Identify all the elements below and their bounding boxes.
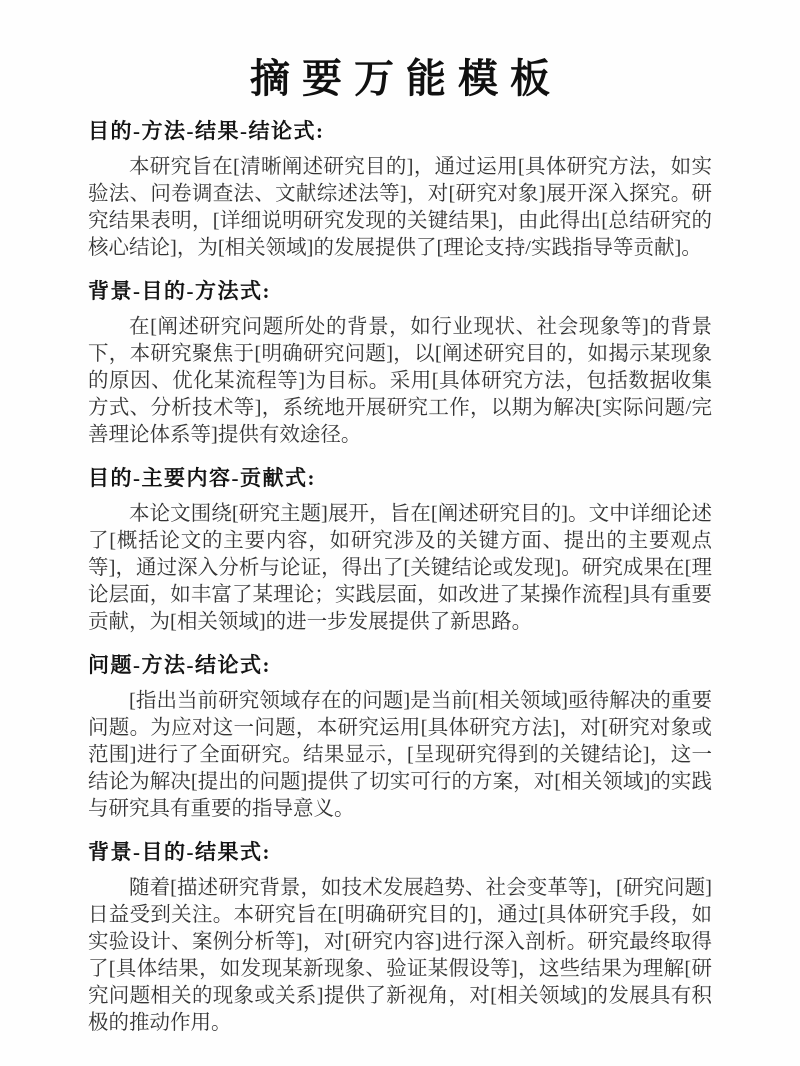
section-problem-method-conclusion: 问题-方法-结论式: [指出当前研究领域存在的问题]是当前[相关领域]亟待解决的… [88,653,712,823]
section-background-purpose-result: 背景-目的-结果式: 随着[描述研究背景，如技术发展趋势、社会变革等]，[研究问… [88,840,712,1037]
section-paragraph-purpose-method-result-conclusion: 本研究旨在[清晰阐述研究目的]，通过运用[具体研究方法，如实验法、问卷调查法、文… [88,154,712,262]
document-page: 摘要万能模板 目的-方法-结果-结论式: 本研究旨在[清晰阐述研究目的]，通过运… [0,0,800,1066]
section-heading-background-purpose-method: 背景-目的-方法式: [88,279,712,304]
section-purpose-content-contribution: 目的-主要内容-贡献式: 本论文围绕[研究主题]展开，旨在[阐述研究目的]。文中… [88,466,712,636]
section-background-purpose-method: 背景-目的-方法式: 在[阐述研究问题所处的背景，如行业现状、社会现象等]的背景… [88,279,712,449]
section-paragraph-background-purpose-method: 在[阐述研究问题所处的背景，如行业现状、社会现象等]的背景下，本研究聚焦于[明确… [88,314,712,449]
document-title: 摘要万能模板 [88,56,712,102]
section-heading-purpose-method-result-conclusion: 目的-方法-结果-结论式: [88,119,712,144]
section-heading-problem-method-conclusion: 问题-方法-结论式: [88,653,712,678]
section-purpose-method-result-conclusion: 目的-方法-结果-结论式: 本研究旨在[清晰阐述研究目的]，通过运用[具体研究方… [88,119,712,262]
section-paragraph-purpose-content-contribution: 本论文围绕[研究主题]展开，旨在[阐述研究目的]。文中详细论述了[概括论文的主要… [88,501,712,636]
section-paragraph-problem-method-conclusion: [指出当前研究领域存在的问题]是当前[相关领域]亟待解决的重要问题。为应对这一问… [88,688,712,823]
section-paragraph-background-purpose-result: 随着[描述研究背景，如技术发展趋势、社会变革等]，[研究问题]日益受到关注。本研… [88,875,712,1037]
section-heading-purpose-content-contribution: 目的-主要内容-贡献式: [88,466,712,491]
section-heading-background-purpose-result: 背景-目的-结果式: [88,840,712,865]
